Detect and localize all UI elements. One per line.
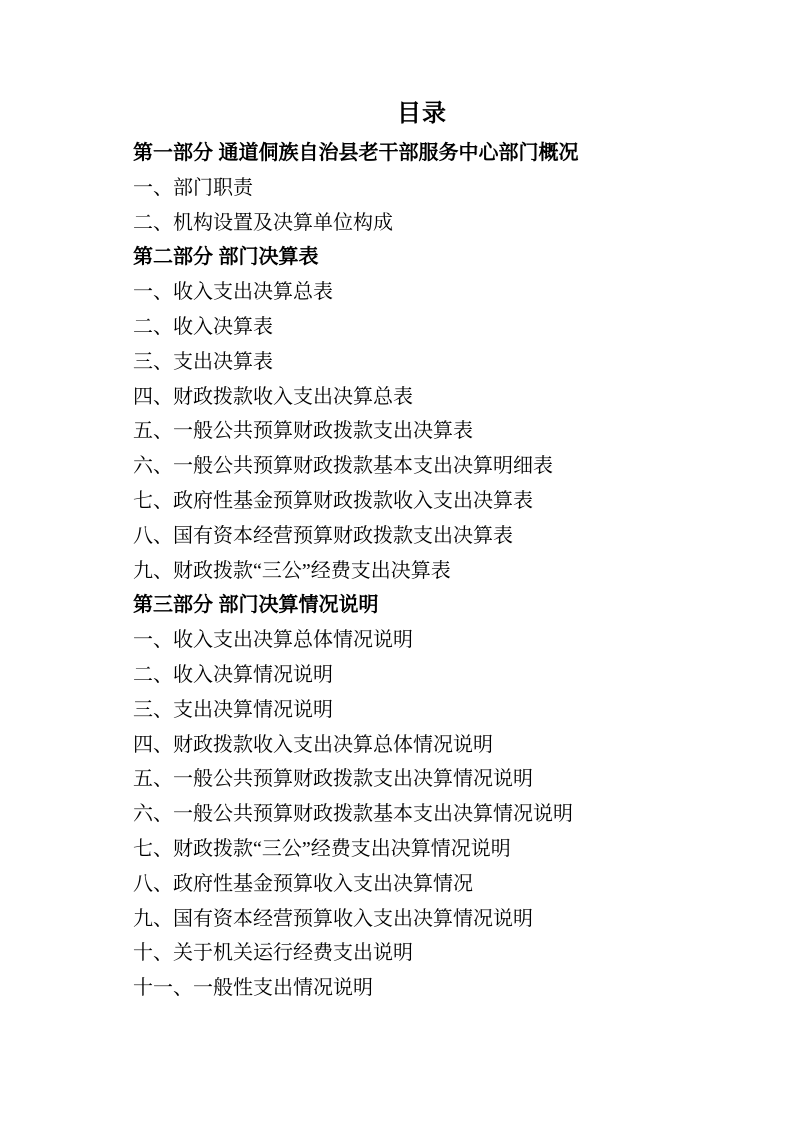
toc-item: 七、财政拨款“三公”经费支出决算情况说明: [133, 832, 663, 867]
toc-item: 五、一般公共预算财政拨款支出决算情况说明: [133, 762, 663, 797]
toc-item: 二、收入决算情况说明: [133, 658, 663, 693]
toc-item: 三、支出决算情况说明: [133, 693, 663, 728]
toc-item: 一、部门职责: [133, 171, 663, 206]
toc-title: 目录: [157, 98, 687, 129]
toc-item: 二、收入决算表: [133, 310, 663, 345]
toc-item: 二、机构设置及决算单位构成: [133, 206, 663, 241]
toc-item: 十一、一般性支出情况说明: [133, 971, 663, 1006]
toc-item: 九、财政拨款“三公”经费支出决算表: [133, 554, 663, 589]
toc-item: 六、一般公共预算财政拨款基本支出决算明细表: [133, 449, 663, 484]
section-2-heading: 第二部分 部门决算表: [133, 240, 663, 275]
toc-item: 八、政府性基金预算收入支出决算情况: [133, 867, 663, 902]
toc-item: 三、支出决算表: [133, 345, 663, 380]
toc-item: 十、关于机关运行经费支出说明: [133, 936, 663, 971]
table-of-contents: 目录 第一部分 通道侗族自治县老干部服务中心部门概况 一、部门职责 二、机构设置…: [133, 98, 663, 1006]
section-3-heading: 第三部分 部门决算情况说明: [133, 588, 663, 623]
toc-item: 六、一般公共预算财政拨款基本支出决算情况说明: [133, 797, 663, 832]
toc-item: 五、一般公共预算财政拨款支出决算表: [133, 414, 663, 449]
toc-item: 一、收入支出决算总体情况说明: [133, 623, 663, 658]
section-1-heading: 第一部分 通道侗族自治县老干部服务中心部门概况: [133, 136, 663, 171]
document-page: 目录 第一部分 通道侗族自治县老干部服务中心部门概况 一、部门职责 二、机构设置…: [0, 0, 793, 1122]
toc-item: 一、收入支出决算总表: [133, 275, 663, 310]
toc-item: 八、国有资本经营预算财政拨款支出决算表: [133, 519, 663, 554]
toc-item: 七、政府性基金预算财政拨款收入支出决算表: [133, 484, 663, 519]
toc-item: 四、财政拨款收入支出决算总体情况说明: [133, 728, 663, 763]
toc-item: 四、财政拨款收入支出决算总表: [133, 380, 663, 415]
toc-item: 九、国有资本经营预算收入支出决算情况说明: [133, 902, 663, 937]
